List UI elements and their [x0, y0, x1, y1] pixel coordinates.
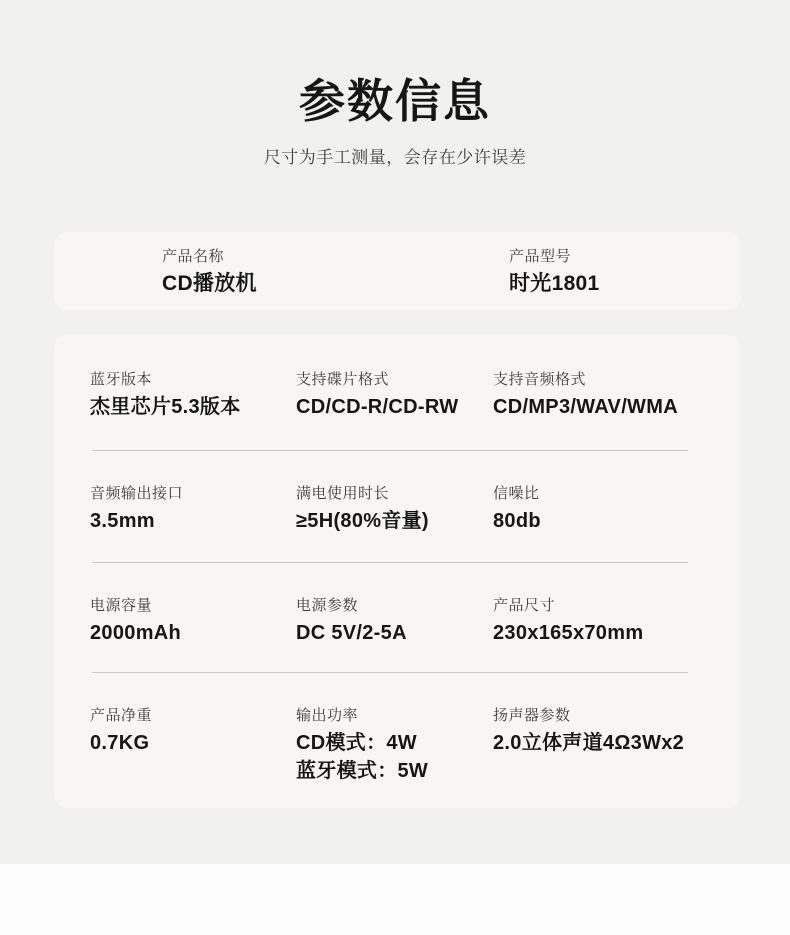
page-subtitle: 尺寸为手工测量，会存在少许误差	[0, 147, 790, 169]
specs-card: 蓝牙版本 杰里芯片5.3版本 支持碟片格式 CD/CD-R/CD-RW 支持音频…	[54, 335, 741, 808]
spec-cell-net-weight: 产品净重 0.7KG	[90, 706, 296, 808]
spec-row-weight-output: 产品净重 0.7KG 输出功率 CD模式：4W 蓝牙模式：5W 扬声器参数 2.…	[54, 673, 741, 808]
spec-cell-power-params: 电源参数 DC 5V/2-5A	[296, 596, 493, 673]
spec-value: 80db	[493, 507, 741, 535]
product-model-label: 产品型号	[509, 247, 600, 267]
spec-cell-disc-format: 支持碟片格式 CD/CD-R/CD-RW	[296, 370, 493, 451]
spec-value-line2: 蓝牙模式：5W	[296, 757, 493, 785]
product-model-field: 产品型号 时光1801	[509, 247, 600, 298]
spec-value: 2.0立体声道4Ω3Wx2	[493, 729, 741, 757]
spec-label: 电源参数	[296, 596, 493, 616]
spec-cell-bluetooth-version: 蓝牙版本 杰里芯片5.3版本	[90, 370, 296, 451]
spec-label: 满电使用时长	[296, 484, 493, 504]
spec-cell-snr: 信噪比 80db	[493, 484, 741, 563]
product-model-value: 时光1801	[509, 270, 600, 298]
spec-value: CD/MP3/WAV/WMA	[493, 393, 741, 421]
spec-cell-product-size: 产品尺寸 230x165x70mm	[493, 596, 741, 673]
spec-cell-audio-jack: 音频输出接口 3.5mm	[90, 484, 296, 563]
spec-label: 信噪比	[493, 484, 741, 504]
spec-value: DC 5V/2-5A	[296, 619, 493, 647]
product-name-label: 产品名称	[162, 247, 257, 267]
spec-row-audio-output: 音频输出接口 3.5mm 满电使用时长 ≥5H(80%音量) 信噪比 80db	[54, 451, 741, 563]
spec-label: 音频输出接口	[90, 484, 296, 504]
product-name-field: 产品名称 CD播放机	[162, 247, 257, 298]
spec-label: 蓝牙版本	[90, 370, 296, 390]
spec-value: CD模式：4W	[296, 729, 493, 757]
spec-row-bluetooth: 蓝牙版本 杰里芯片5.3版本 支持碟片格式 CD/CD-R/CD-RW 支持音频…	[54, 335, 741, 451]
spec-value: 230x165x70mm	[493, 619, 741, 647]
spec-value: 3.5mm	[90, 507, 296, 535]
spec-label: 电源容量	[90, 596, 296, 616]
spec-cell-output-power: 输出功率 CD模式：4W 蓝牙模式：5W	[296, 706, 493, 808]
spec-label: 支持音频格式	[493, 370, 741, 390]
spec-label: 扬声器参数	[493, 706, 741, 726]
spec-row-power: 电源容量 2000mAh 电源参数 DC 5V/2-5A 产品尺寸 230x16…	[54, 563, 741, 673]
spec-label: 输出功率	[296, 706, 493, 726]
spec-label: 产品净重	[90, 706, 296, 726]
spec-value: CD/CD-R/CD-RW	[296, 393, 493, 421]
product-info-card: 产品名称 CD播放机 产品型号 时光1801	[54, 232, 741, 310]
spec-label: 支持碟片格式	[296, 370, 493, 390]
spec-cell-battery-capacity: 电源容量 2000mAh	[90, 596, 296, 673]
page-title: 参数信息	[0, 76, 790, 128]
spec-value: ≥5H(80%音量)	[296, 507, 493, 535]
spec-cell-battery-life: 满电使用时长 ≥5H(80%音量)	[296, 484, 493, 563]
spec-cell-audio-format: 支持音频格式 CD/MP3/WAV/WMA	[493, 370, 741, 451]
product-name-value: CD播放机	[162, 270, 257, 298]
spec-value: 0.7KG	[90, 729, 296, 757]
spec-cell-speaker-params: 扬声器参数 2.0立体声道4Ω3Wx2	[493, 706, 741, 808]
spec-value: 2000mAh	[90, 619, 296, 647]
spec-value: 杰里芯片5.3版本	[90, 393, 296, 421]
spec-label: 产品尺寸	[493, 596, 741, 616]
